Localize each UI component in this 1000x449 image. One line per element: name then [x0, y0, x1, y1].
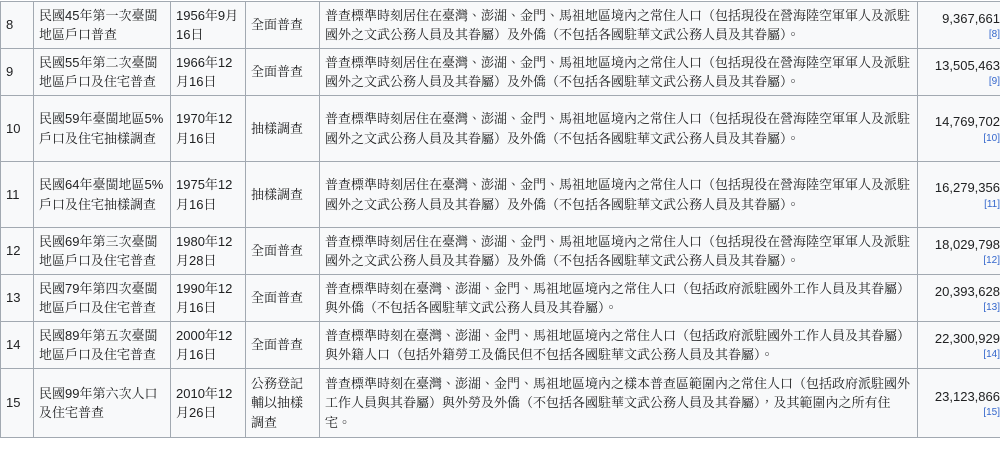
census-scope: 普查標準時刻在臺灣、澎湖、金門、馬祖地區境內之樣本普查區範圍內之常住人口（包括政… — [320, 369, 918, 438]
row-number: 10 — [1, 96, 34, 162]
census-method: 抽樣調查 — [246, 96, 320, 162]
census-date: 1990年12月16日 — [171, 275, 246, 322]
census-method: 全面普查 — [246, 49, 320, 96]
census-scope: 普查標準時刻居住在臺灣、澎湖、金門、馬祖地區境內之常住人口（包括現役在營海陸空軍… — [320, 228, 918, 275]
population-cell: 16,279,356 [11] — [918, 162, 1000, 228]
table-row: 15 民國99年第六次人口及住宅普查 2010年12月26日 公務登記輔以抽樣調… — [1, 369, 1000, 438]
census-name: 民國64年臺閩地區5%戶口及住宅抽樣調查 — [34, 162, 171, 228]
census-date: 1956年9月16日 — [171, 2, 246, 49]
population-cell: 9,367,661 [8] — [918, 2, 1000, 49]
census-name: 民國59年臺閩地區5%戶口及住宅抽樣調查 — [34, 96, 171, 162]
census-date: 2010年12月26日 — [171, 369, 246, 438]
row-number: 8 — [1, 2, 34, 49]
census-scope: 普查標準時刻居住在臺灣、澎湖、金門、馬祖地區境內之常住人口（包括現役在營海陸空軍… — [320, 49, 918, 96]
row-number: 13 — [1, 275, 34, 322]
census-date: 2000年12月16日 — [171, 322, 246, 369]
census-name: 民國69年第三次臺閩地區戶口及住宅普查 — [34, 228, 171, 275]
row-number: 15 — [1, 369, 34, 438]
population-value: 18,029,798 — [923, 235, 1000, 255]
table-row: 8 民國45年第一次臺閩地區戶口普查 1956年9月16日 全面普查 普查標準時… — [1, 2, 1000, 49]
population-value: 20,393,628 — [923, 282, 1000, 302]
census-scope: 普查標準時刻居住在臺灣、澎湖、金門、馬祖地區境內之常住人口（包括現役在營海陸空軍… — [320, 96, 918, 162]
population-value: 14,769,702 — [923, 112, 1000, 132]
population-value: 23,123,866 — [923, 387, 1000, 407]
population-cell: 18,029,798 [12] — [918, 228, 1000, 275]
census-name: 民國55年第二次臺閩地區戶口及住宅普查 — [34, 49, 171, 96]
table-row: 9 民國55年第二次臺閩地區戶口及住宅普查 1966年12月16日 全面普查 普… — [1, 49, 1000, 96]
population-cell: 20,393,628 [13] — [918, 275, 1000, 322]
census-table: 8 民國45年第一次臺閩地區戶口普查 1956年9月16日 全面普查 普查標準時… — [0, 1, 1000, 438]
census-scope: 普查標準時刻在臺灣、澎湖、金門、馬祖地區境內之常住人口（包括政府派駐國外工作人員… — [320, 275, 918, 322]
reference-link[interactable]: [9] — [923, 75, 1000, 88]
reference-link[interactable]: [11] — [923, 198, 1000, 211]
census-method: 全面普查 — [246, 275, 320, 322]
census-method: 全面普查 — [246, 228, 320, 275]
census-scope: 普查標準時刻在臺灣、澎湖、金門、馬祖地區境內之常住人口（包括政府派駐國外工作人員… — [320, 322, 918, 369]
reference-link[interactable]: [12] — [923, 254, 1000, 267]
row-number: 11 — [1, 162, 34, 228]
census-name: 民國89年第五次臺閩地區戶口及住宅普查 — [34, 322, 171, 369]
population-value: 9,367,661 — [923, 9, 1000, 29]
reference-link[interactable]: [10] — [923, 132, 1000, 145]
reference-link[interactable]: [13] — [923, 301, 1000, 314]
population-cell: 14,769,702 [10] — [918, 96, 1000, 162]
table-row: 11 民國64年臺閩地區5%戶口及住宅抽樣調查 1975年12月16日 抽樣調查… — [1, 162, 1000, 228]
census-method: 全面普查 — [246, 2, 320, 49]
population-value: 16,279,356 — [923, 178, 1000, 198]
census-date: 1966年12月16日 — [171, 49, 246, 96]
census-scope: 普查標準時刻居住在臺灣、澎湖、金門、馬祖地區境內之常住人口（包括現役在營海陸空軍… — [320, 162, 918, 228]
row-number: 9 — [1, 49, 34, 96]
reference-link[interactable]: [14] — [923, 348, 1000, 361]
table-row: 14 民國89年第五次臺閩地區戶口及住宅普查 2000年12月16日 全面普查 … — [1, 322, 1000, 369]
row-number: 14 — [1, 322, 34, 369]
census-name: 民國79年第四次臺閩地區戶口及住宅普查 — [34, 275, 171, 322]
census-scope: 普查標準時刻居住在臺灣、澎湖、金門、馬祖地區境內之常住人口（包括現役在營海陸空軍… — [320, 2, 918, 49]
table-row: 13 民國79年第四次臺閩地區戶口及住宅普查 1990年12月16日 全面普查 … — [1, 275, 1000, 322]
reference-link[interactable]: [15] — [923, 406, 1000, 419]
census-name: 民國45年第一次臺閩地區戶口普查 — [34, 2, 171, 49]
population-value: 13,505,463 — [923, 56, 1000, 76]
table-row: 12 民國69年第三次臺閩地區戶口及住宅普查 1980年12月28日 全面普查 … — [1, 228, 1000, 275]
census-date: 1975年12月16日 — [171, 162, 246, 228]
census-method: 全面普查 — [246, 322, 320, 369]
population-cell: 22,300,929 [14] — [918, 322, 1000, 369]
row-number: 12 — [1, 228, 34, 275]
census-method: 抽樣調查 — [246, 162, 320, 228]
population-cell: 13,505,463 [9] — [918, 49, 1000, 96]
population-value: 22,300,929 — [923, 329, 1000, 349]
table-row: 10 民國59年臺閩地區5%戶口及住宅抽樣調查 1970年12月16日 抽樣調查… — [1, 96, 1000, 162]
reference-link[interactable]: [8] — [923, 28, 1000, 41]
census-date: 1980年12月28日 — [171, 228, 246, 275]
census-table-viewport: 8 民國45年第一次臺閩地區戶口普查 1956年9月16日 全面普查 普查標準時… — [0, 0, 1000, 449]
population-cell: 23,123,866 [15] — [918, 369, 1000, 438]
census-date: 1970年12月16日 — [171, 96, 246, 162]
census-name: 民國99年第六次人口及住宅普查 — [34, 369, 171, 438]
census-method: 公務登記輔以抽樣調查 — [246, 369, 320, 438]
